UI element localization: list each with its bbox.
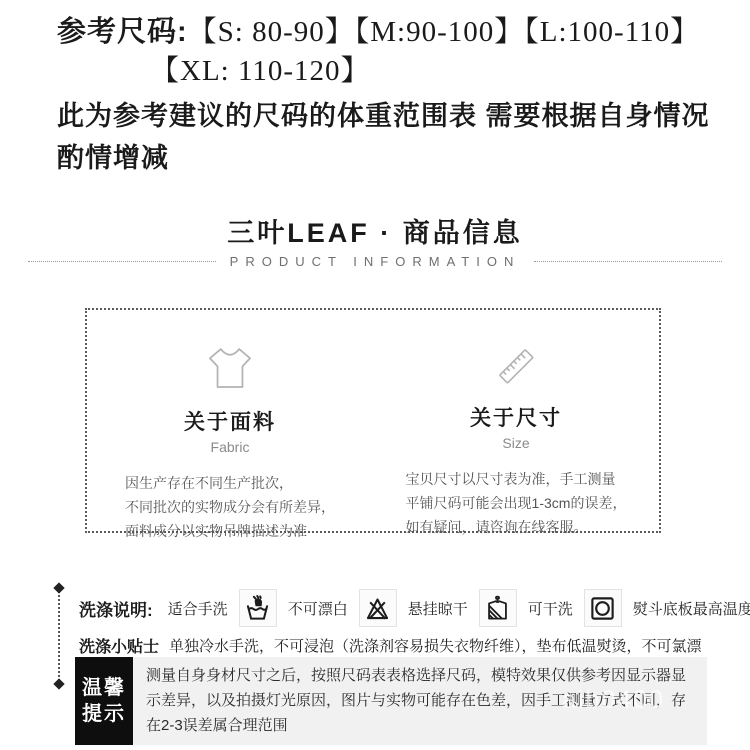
- dry-clean-icon: [584, 589, 622, 627]
- washing-item-label: 悬挂晾干: [408, 598, 468, 619]
- size-note-line1: 此为参考建议的尺码的体重范围表 需要根据自身情况: [57, 95, 710, 137]
- washing-item-label: 可干洗: [528, 598, 573, 619]
- warm-tips-label-line1: 温馨: [82, 675, 126, 701]
- size-title: 关于尺寸: [470, 402, 562, 432]
- washing-instructions-row: 洗涤说明: 适合手洗 不可漂白 悬挂晾干 可干洗: [79, 588, 750, 628]
- section-title: 三叶LEAF · 商品信息: [0, 211, 750, 250]
- fabric-subtitle: Fabric: [211, 439, 250, 455]
- fabric-column: 关于面料 Fabric 因生产存在不同生产批次， 不同批次的实物成分会有所差异，…: [87, 310, 373, 531]
- product-info-box: 关于面料 Fabric 因生产存在不同生产批次， 不同批次的实物成分会有所差异，…: [85, 308, 661, 533]
- washing-tips-text: 单独冷水手洗，不可浸泡（洗涤剂容易损失衣物纤维），垫布低温熨烫，不可氯漂: [169, 635, 702, 656]
- size-reference-label: 参考尺码:: [57, 16, 188, 48]
- fabric-title: 关于面料: [184, 406, 276, 436]
- diamond-marker: [53, 678, 64, 689]
- size-line: 如有疑问，请咨询在线客服。: [406, 515, 627, 539]
- fabric-line: 不同批次的实物成分会有所差异，: [125, 495, 335, 519]
- fabric-line: 因生产存在不同生产批次，: [125, 471, 335, 495]
- section-subtitle: PRODUCT INFORMATION: [230, 254, 521, 269]
- fabric-line: 面料成分以实物吊牌描述为准: [125, 519, 335, 543]
- hand-wash-icon: [239, 589, 277, 627]
- washing-item-label: 适合手洗: [168, 598, 228, 619]
- washing-tips-label: 洗涤小贴士: [79, 634, 159, 657]
- size-reference-line1: 参考尺码:【S: 80-90】【M:90-100】【L:100-110】: [57, 14, 700, 50]
- warm-tips-label: 温馨 提示: [75, 657, 133, 745]
- size-description: 宝贝尺寸以尺寸表为准，手工测量 平铺尺码可能会出现1-3cm的误差， 如有疑问，…: [406, 467, 627, 539]
- size-subtitle: Size: [502, 435, 529, 451]
- divider-line-left: [28, 261, 216, 262]
- size-line: 平铺尺码可能会出现1-3cm的误差，: [406, 491, 627, 515]
- no-bleach-icon: [359, 589, 397, 627]
- rail-line: [58, 588, 60, 684]
- washing-label: 洗涤说明:: [79, 596, 153, 621]
- fabric-description: 因生产存在不同生产批次， 不同批次的实物成分会有所差异， 面料成分以实物吊牌描述…: [125, 471, 335, 543]
- diamond-marker: [53, 582, 64, 593]
- product-info-page: 参考尺码:【S: 80-90】【M:90-100】【L:100-110】 【XL…: [0, 0, 750, 750]
- tshirt-icon: [204, 342, 256, 394]
- washing-item-label: 熨斗底板最高温度110: [633, 598, 750, 619]
- size-line: 宝贝尺寸以尺寸表为准，手工测量: [406, 467, 627, 491]
- ruler-icon: [492, 342, 540, 390]
- size-reference-line2: 【XL: 110-120】: [150, 53, 371, 89]
- washing-tips-row: 洗涤小贴士 单独冷水手洗，不可浸泡（洗涤剂容易损失衣物纤维），垫布低温熨烫，不可…: [79, 634, 702, 657]
- washing-item-label: 不可漂白: [288, 598, 348, 619]
- divider-line-right: [534, 261, 722, 262]
- section-subtitle-row: PRODUCT INFORMATION: [0, 254, 750, 269]
- size-note-line2: 酌情增减: [57, 137, 710, 179]
- hang-dry-icon: [479, 589, 517, 627]
- size-column: 关于尺寸 Size 宝贝尺寸以尺寸表为准，手工测量 平铺尺码可能会出现1-3cm…: [373, 310, 659, 531]
- size-note: 此为参考建议的尺码的体重范围表 需要根据自身情况 酌情增减: [57, 95, 710, 179]
- section-rail: [55, 584, 63, 688]
- warm-tips-label-line2: 提示: [82, 701, 126, 727]
- size-reference-values: 【S: 80-90】【M:90-100】【L:100-110】: [188, 16, 700, 48]
- watermark: aib0400: [562, 686, 665, 715]
